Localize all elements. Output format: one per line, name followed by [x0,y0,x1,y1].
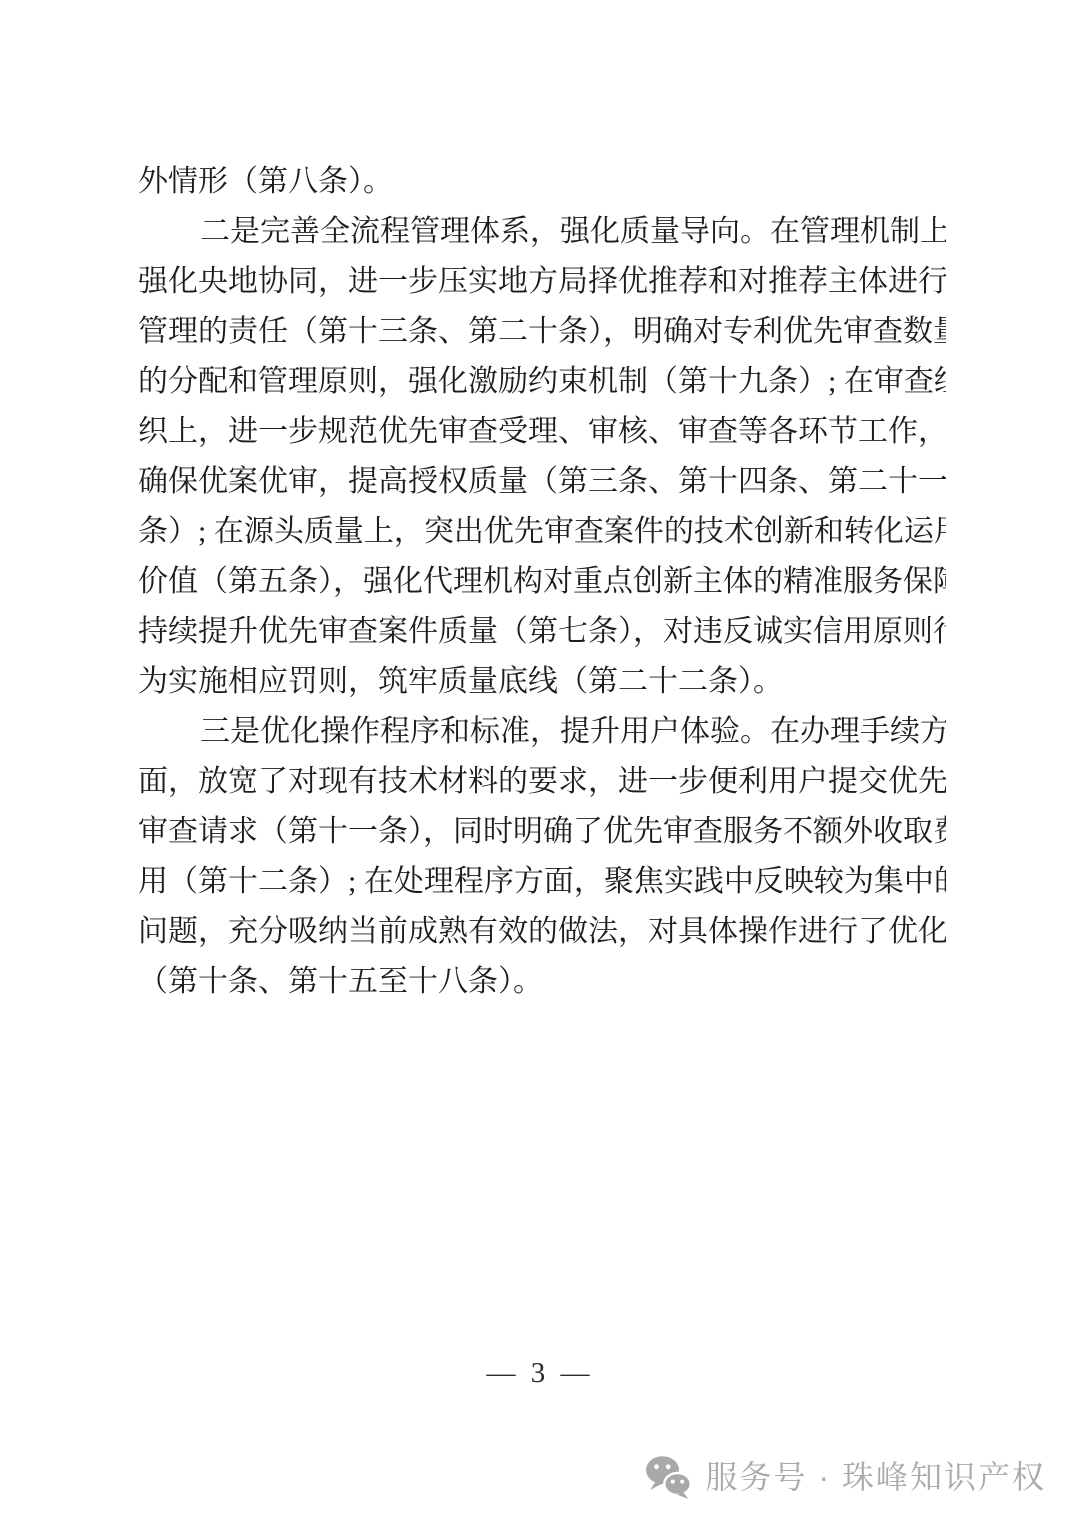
text-line: 问题，充分吸纳当前成熟有效的做法，对具体操作进行了优化 [138,907,946,957]
text-line: 织上，进一步规范优先审查受理、审核、审查等各环节工作， [138,407,946,457]
text-line: 外情形（第八条）。 [138,157,946,207]
page-number: — 3 — [0,1352,1080,1394]
text-line: 的分配和管理原则，强化激励约束机制（第十九条）; 在审查组 [138,357,946,407]
text-line: 强化央地协同，进一步压实地方局择优推荐和对推荐主体进行 [138,257,946,307]
text-line: 为实施相应罚则，筑牢质量底线（第二十二条）。 [138,657,946,707]
text-line: 三是优化操作程序和标准，提升用户体验。在办理手续方 [138,707,946,757]
document-page: 外情形（第八条）。 二是完善全流程管理体系，强化质量导向。在管理机制上， 强化央… [0,0,1080,1527]
text-line: 条）; 在源头质量上，突出优先审查案件的技术创新和转化运用 [138,507,946,557]
text-line: （第十条、第十五至十八条）。 [138,957,946,1007]
text-line: 管理的责任（第十三条、第二十条），明确对专利优先审查数量 [138,307,946,357]
text-line: 确保优案优审，提高授权质量（第三条、第十四条、第二十一 [138,457,946,507]
text-line: 审查请求（第十一条），同时明确了优先审查服务不额外收取费 [138,807,946,857]
text-line: 二是完善全流程管理体系，强化质量导向。在管理机制上， [138,207,946,257]
text-line: 持续提升优先审查案件质量（第七条），对违反诚实信用原则行 [138,607,946,657]
wechat-icon [645,1455,691,1499]
text-line: 面，放宽了对现有技术材料的要求，进一步便利用户提交优先 [138,757,946,807]
document-body: 外情形（第八条）。 二是完善全流程管理体系，强化质量导向。在管理机制上， 强化央… [138,157,946,1007]
text-line: 价值（第五条），强化代理机构对重点创新主体的精准服务保障， [138,557,946,607]
wechat-account-label: 服务号 · 珠峰知识产权 [706,1455,1046,1499]
text-line: 用（第十二条）; 在处理程序方面，聚焦实践中反映较为集中的 [138,857,946,907]
wechat-footer: 服务号 · 珠峰知识产权 [645,1455,1046,1499]
